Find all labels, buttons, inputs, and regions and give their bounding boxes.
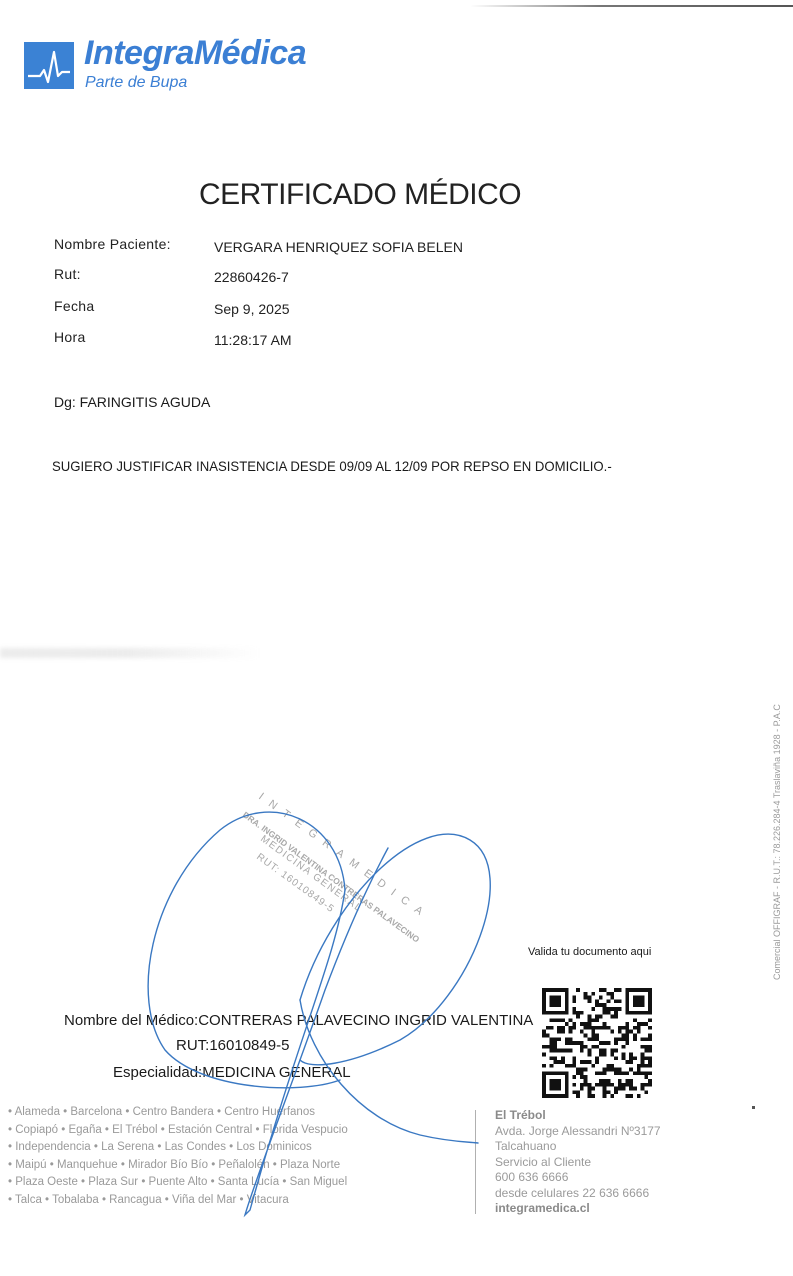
recommendation: SUGIERO JUSTIFICAR INASISTENCIA DESDE 09…	[52, 458, 612, 474]
branch-line: • Copiapó • Egaña • El Trébol • Estación…	[8, 1122, 348, 1140]
address: Avda. Jorge Alessandri Nº3177	[495, 1124, 661, 1140]
brand-name: IntegraMédica	[84, 34, 306, 73]
scan-artifact	[0, 648, 260, 658]
date-label: Fecha	[54, 298, 94, 314]
rut-value: 22860426-7	[214, 269, 289, 285]
printer-note: Comercial OFFIGRAF - R.U.T.: 78.226.284-…	[772, 704, 782, 980]
doctor-name: Nombre del Médico:CONTRERAS PALAVECINO I…	[64, 1012, 533, 1029]
scan-edge-line	[470, 5, 793, 7]
branch-line: • Maipú • Manquehue • Mirador Bío Bío • …	[8, 1157, 348, 1175]
footer-divider	[475, 1110, 476, 1214]
doctor-stamp: INTEGRAMEDICA DRA. INGRID VALENTINA CONT…	[230, 780, 460, 960]
branch-line: • Independencia • La Serena • Las Condes…	[8, 1139, 348, 1157]
website-link[interactable]: integramedica.cl	[495, 1201, 661, 1217]
contact-block: El Trébol Avda. Jorge Alessandri Nº3177 …	[495, 1108, 661, 1217]
doctor-rut: RUT:16010849-5	[176, 1037, 289, 1054]
heartbeat-icon	[24, 42, 74, 89]
city: Talcahuano	[495, 1139, 661, 1155]
svg-text:DRA. INGRID VALENTINA CONTRERA: DRA. INGRID VALENTINA CONTRERAS PALAVECI…	[241, 810, 422, 945]
scan-speck	[752, 1106, 755, 1109]
document-title: CERTIFICADO MÉDICO	[199, 178, 521, 212]
patient-name-label: Nombre Paciente:	[54, 236, 171, 252]
doctor-specialty: Especialidad:MEDICINA GENERAL	[113, 1064, 351, 1081]
brand-subtitle: Parte de Bupa	[85, 74, 187, 92]
phone: 600 636 6666	[495, 1170, 661, 1186]
time-label: Hora	[54, 329, 86, 345]
time-value: 11:28:17 AM	[214, 332, 292, 348]
branch-line: • Plaza Oeste • Plaza Sur • Puente Alto …	[8, 1174, 348, 1192]
qr-code-icon[interactable]	[542, 988, 652, 1098]
branch-name: El Trébol	[495, 1108, 661, 1124]
rut-label: Rut:	[54, 266, 81, 282]
service-label: Servicio al Cliente	[495, 1155, 661, 1171]
mobile-phone: desde celulares 22 636 6666	[495, 1186, 661, 1202]
branch-list: • Alameda • Barcelona • Centro Bandera •…	[8, 1104, 348, 1209]
patient-name-value: VERGARA HENRIQUEZ SOFIA BELEN	[214, 239, 463, 255]
validate-label: Valida tu documento aqui	[528, 946, 651, 958]
branch-line: • Talca • Tobalaba • Rancagua • Viña del…	[8, 1192, 348, 1210]
date-value: Sep 9, 2025	[214, 301, 290, 317]
branch-line: • Alameda • Barcelona • Centro Bandera •…	[8, 1104, 348, 1122]
diagnosis: Dg: FARINGITIS AGUDA	[54, 394, 210, 410]
